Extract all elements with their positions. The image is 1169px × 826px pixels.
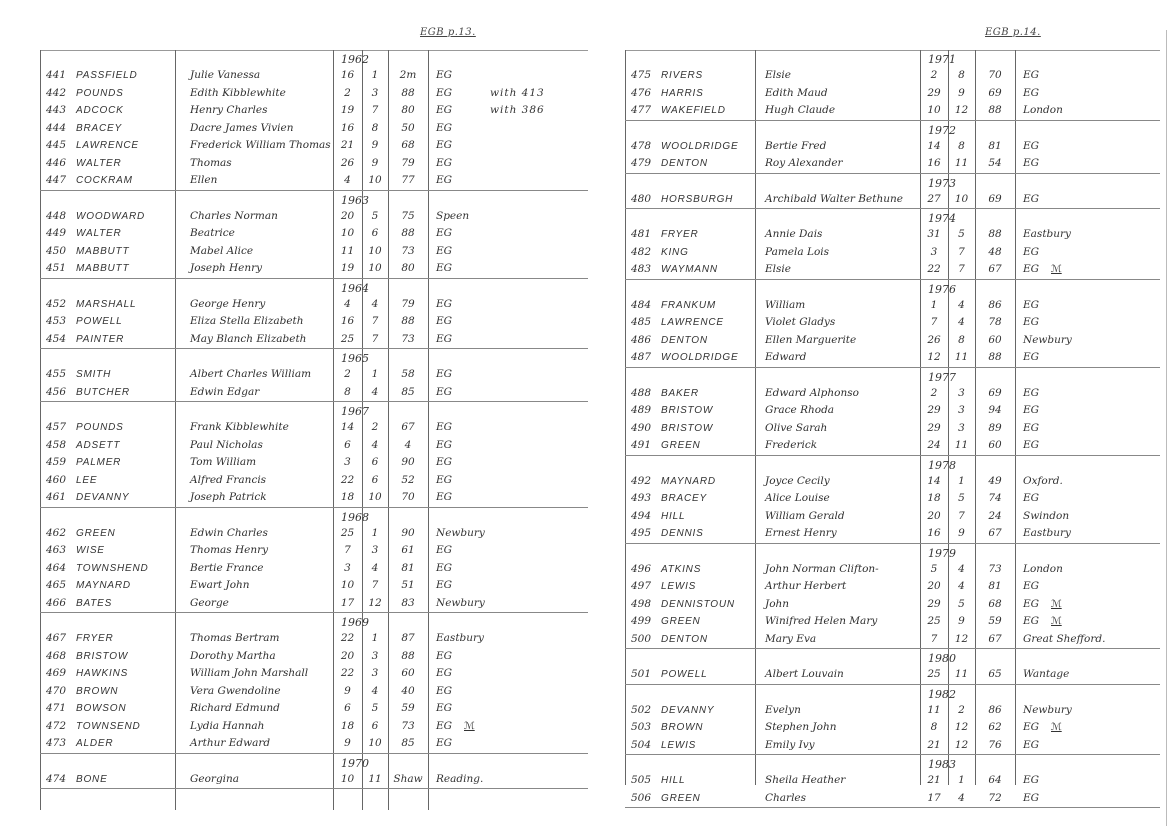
table-row: 451MABBUTTJoseph Henry191080EG <box>40 260 588 278</box>
age-cell: 59 <box>388 700 428 718</box>
year-group: 1973480HORSBURGHArchibald Walter Bethune… <box>625 174 1160 210</box>
entry-number: 496 <box>631 561 651 579</box>
surname-cell: POWELL <box>661 666 707 684</box>
surname-cell: PASSFIELD <box>76 67 137 85</box>
given-names-cell: Albert Charles William <box>190 366 311 384</box>
entry-number: 471 <box>46 700 66 718</box>
table-row: 475RIVERSElsie2870EG <box>625 67 1160 85</box>
table-row: 488BAKEREdward Alphonso2369EG <box>625 385 1160 403</box>
given-names-cell: Pamela Lois <box>765 244 829 262</box>
surname-cell: DENTON <box>661 631 708 649</box>
abode-cell: EG <box>436 419 452 437</box>
abode-cell: EG <box>436 718 452 736</box>
surname-cell: ALDER <box>76 735 113 753</box>
age-cell: 76 <box>975 737 1015 755</box>
burial-day-cell: 21 <box>920 772 948 790</box>
remark-cell: with 413 <box>490 85 545 103</box>
table-row: 442POUNDSEdith Kibblewhite2388EGwith 413 <box>40 85 588 103</box>
age-cell: 58 <box>388 366 428 384</box>
year-group: 1962441PASSFIELDJulie Vanessa1612mEG442P… <box>40 50 588 191</box>
burial-month-cell: 11 <box>948 437 975 455</box>
surname-cell: BATES <box>76 595 112 613</box>
given-names-cell: Annie Dais <box>765 226 822 244</box>
entry-number: 485 <box>631 314 651 332</box>
abode-cell: EG <box>436 260 452 278</box>
burial-month-cell: 5 <box>362 208 388 226</box>
burial-month-cell: 8 <box>948 67 975 85</box>
burial-day-cell: 7 <box>333 542 362 560</box>
age-cell: 87 <box>388 630 428 648</box>
burial-month-cell: 5 <box>362 700 388 718</box>
table-row: 455SMITHAlbert Charles William2158EG <box>40 366 588 384</box>
entry-number: 484 <box>631 297 651 315</box>
table-row: 496ATKINSJohn Norman Clifton-5473London <box>625 561 1160 579</box>
entry-number: 460 <box>46 472 66 490</box>
age-cell: 2m <box>388 67 428 85</box>
table-row: 505HILLSheila Heather21164EG <box>625 772 1160 790</box>
given-names-cell: Elsie <box>765 67 791 85</box>
surname-cell: KING <box>661 244 689 262</box>
surname-cell: POWELL <box>76 313 122 331</box>
given-names-cell: Bertie Fred <box>765 138 826 156</box>
year-heading: 1983 <box>625 755 1160 772</box>
entry-number: 448 <box>46 208 66 226</box>
burial-month-cell: 11 <box>362 771 388 789</box>
table-row: 490BRISTOWOlive Sarah29389EG <box>625 420 1160 438</box>
entry-number: 455 <box>46 366 66 384</box>
abode-cell: EG <box>436 67 452 85</box>
table-row: 478WOOLDRIDGEBertie Fred14881EG <box>625 138 1160 156</box>
age-cell: 81 <box>975 138 1015 156</box>
given-names-cell: George Henry <box>190 296 265 314</box>
burial-day-cell: 10 <box>920 102 948 120</box>
age-cell: 60 <box>975 332 1015 350</box>
abode-cell: EG <box>436 85 452 103</box>
burial-month-cell: 7 <box>362 577 388 595</box>
burial-month-cell: 1 <box>362 67 388 85</box>
burial-month-cell: 9 <box>948 85 975 103</box>
entry-number: 469 <box>46 665 66 683</box>
table-row: 465MAYNARDEwart John10751EG <box>40 577 588 595</box>
burial-day-cell: 9 <box>333 735 362 753</box>
burial-month-cell: 9 <box>948 525 975 543</box>
entry-number: 505 <box>631 772 651 790</box>
given-names-cell: John <box>765 596 789 614</box>
burial-day-cell: 7 <box>920 631 948 649</box>
burial-day-cell: 22 <box>920 261 948 279</box>
year-group: 1963448WOODWARDCharles Norman20575Speen4… <box>40 191 588 279</box>
burial-month-cell: 12 <box>948 102 975 120</box>
burial-month-cell: 6 <box>362 225 388 243</box>
year-group: 1965455SMITHAlbert Charles William2158EG… <box>40 349 588 402</box>
burial-month-cell: 3 <box>948 402 975 420</box>
burial-month-cell: 7 <box>362 102 388 120</box>
burial-month-cell: 4 <box>948 561 975 579</box>
table-row: 486DENTONEllen Marguerite26860Newbury <box>625 332 1160 350</box>
surname-cell: BONE <box>76 771 108 789</box>
burial-month-cell: 1 <box>948 772 975 790</box>
year-heading: 1974 <box>625 209 1160 226</box>
table-row: 471BOWSONRichard Edmund6559EG <box>40 700 588 718</box>
entry-number: 480 <box>631 191 651 209</box>
abode-cell: London <box>1023 102 1063 120</box>
initials-mark-icon: ℳ <box>1051 261 1062 279</box>
burial-month-cell: 4 <box>362 437 388 455</box>
table-row: 485LAWRENCEViolet Gladys7478EG <box>625 314 1160 332</box>
year-group: 1967457POUNDSFrank Kibblewhite14267EG458… <box>40 402 588 508</box>
entry-number: 477 <box>631 102 651 120</box>
given-names-cell: May Blanch Elizabeth <box>190 331 306 349</box>
register-rows: 1962441PASSFIELDJulie Vanessa1612mEG442P… <box>40 50 588 789</box>
table-row: 477WAKEFIELDHugh Claude101288London <box>625 102 1160 120</box>
burial-month-cell: 1 <box>362 630 388 648</box>
given-names-cell: Joseph Patrick <box>190 489 267 507</box>
table-row: 487WOOLDRIDGEEdward121188EG <box>625 349 1160 367</box>
surname-cell: GREEN <box>76 525 116 543</box>
given-names-cell: Edith Kibblewhite <box>190 85 286 103</box>
surname-cell: MABBUTT <box>76 243 129 261</box>
table-row: 453POWELLEliza Stella Elizabeth16788EG <box>40 313 588 331</box>
burial-day-cell: 10 <box>333 771 362 789</box>
given-names-cell: Dorothy Martha <box>190 648 276 666</box>
surname-cell: LEWIS <box>661 578 696 596</box>
burial-day-cell: 27 <box>920 191 948 209</box>
surname-cell: MAYNARD <box>661 473 716 491</box>
age-cell: 59 <box>975 613 1015 631</box>
year-group: 1980501POWELLAlbert Louvain251165Wantage <box>625 649 1160 685</box>
surname-cell: GREEN <box>661 613 701 631</box>
initials-mark-icon: ℳ <box>1051 613 1062 631</box>
table-row: 495DENNISErnest Henry16967Eastbury <box>625 525 1160 543</box>
surname-cell: TOWNSEND <box>76 718 141 736</box>
entry-number: 444 <box>46 120 66 138</box>
table-row: 446WALTERThomas26979EG <box>40 155 588 173</box>
abode-cell: EG <box>436 560 452 578</box>
table-row: 473ALDERArthur Edward91085EG <box>40 735 588 753</box>
burial-day-cell: 1 <box>920 297 948 315</box>
table-row: 467FRYERThomas Bertram22187Eastbury <box>40 630 588 648</box>
burial-month-cell: 9 <box>362 155 388 173</box>
abode-cell: EG <box>436 665 452 683</box>
entry-number: 447 <box>46 172 66 190</box>
entry-number: 483 <box>631 261 651 279</box>
year-heading: 1982 <box>625 685 1160 702</box>
burial-day-cell: 17 <box>333 595 362 613</box>
remark-cell: with 386 <box>490 102 545 120</box>
burial-month-cell: 2 <box>948 702 975 720</box>
burial-day-cell: 10 <box>333 225 362 243</box>
entry-number: 452 <box>46 296 66 314</box>
table-row: 468BRISTOWDorothy Martha20388EG <box>40 648 588 666</box>
burial-month-cell: 11 <box>948 349 975 367</box>
given-names-cell: Thomas <box>190 155 232 173</box>
abode-cell: Newbury <box>436 525 485 543</box>
table-row: 504LEWISEmily Ivy211276EG <box>625 737 1160 755</box>
initials-mark-icon: ℳ <box>1051 719 1062 737</box>
age-cell: 90 <box>388 525 428 543</box>
abode-cell: EG <box>436 155 452 173</box>
given-names-cell: Henry Charles <box>190 102 267 120</box>
table-row: 497LEWISArthur Herbert20481EG <box>625 578 1160 596</box>
table-row: 461DEVANNYJoseph Patrick181070EG <box>40 489 588 507</box>
burial-day-cell: 4 <box>333 172 362 190</box>
table-row: 503BROWNStephen John81262EGℳ <box>625 719 1160 737</box>
table-row: 452MARSHALLGeorge Henry4479EG <box>40 296 588 314</box>
surname-cell: BROWN <box>661 719 703 737</box>
surname-cell: SMITH <box>76 366 111 384</box>
age-cell: 69 <box>975 385 1015 403</box>
table-row: 498DENNISTOUNJohn29568EGℳ <box>625 596 1160 614</box>
year-group: 1982502DEVANNYEvelyn11286Newbury503BROWN… <box>625 685 1160 756</box>
given-names-cell: Arthur Herbert <box>765 578 846 596</box>
surname-cell: BRISTOW <box>76 648 128 666</box>
age-cell: 24 <box>975 508 1015 526</box>
entry-number: 489 <box>631 402 651 420</box>
surname-cell: BRACEY <box>76 120 122 138</box>
table-row: 444BRACEYDacre James Vivien16850EG <box>40 120 588 138</box>
entry-number: 453 <box>46 313 66 331</box>
entry-number: 495 <box>631 525 651 543</box>
entry-number: 482 <box>631 244 651 262</box>
burial-month-cell: 1 <box>948 473 975 491</box>
burial-month-cell: 5 <box>948 596 975 614</box>
burial-month-cell: 10 <box>362 260 388 278</box>
age-cell: 73 <box>388 243 428 261</box>
burial-month-cell: 7 <box>948 261 975 279</box>
age-cell: 88 <box>975 226 1015 244</box>
abode-cell: Eastbury <box>1023 525 1071 543</box>
burial-day-cell: 14 <box>920 473 948 491</box>
burial-day-cell: 20 <box>333 208 362 226</box>
given-names-cell: Georgina <box>190 771 239 789</box>
table-row: 454PAINTERMay Blanch Elizabeth25773EG <box>40 331 588 349</box>
given-names-cell: Bertie France <box>190 560 264 578</box>
burial-day-cell: 26 <box>333 155 362 173</box>
burial-day-cell: 2 <box>333 85 362 103</box>
year-heading: 1976 <box>625 280 1160 297</box>
age-cell: 79 <box>388 155 428 173</box>
abode-cell: EG <box>436 454 452 472</box>
burial-day-cell: 2 <box>920 385 948 403</box>
burial-month-cell: 7 <box>948 244 975 262</box>
table-row: 448WOODWARDCharles Norman20575Speen <box>40 208 588 226</box>
burial-day-cell: 20 <box>333 648 362 666</box>
abode-cell: EG <box>436 120 452 138</box>
surname-cell: MABBUTT <box>76 260 129 278</box>
age-cell: 69 <box>975 191 1015 209</box>
given-names-cell: Charles <box>765 790 806 808</box>
year-group: 1972478WOOLDRIDGEBertie Fred14881EG479DE… <box>625 121 1160 174</box>
table-row: 501POWELLAlbert Louvain251165Wantage <box>625 666 1160 684</box>
age-cell: 88 <box>388 648 428 666</box>
burial-month-cell: 6 <box>362 454 388 472</box>
given-names-cell: Thomas Bertram <box>190 630 279 648</box>
given-names-cell: Dacre James Vivien <box>190 120 294 138</box>
register-page-right: EGB p.14. 1971475RIVERSElsie2870EG476HAR… <box>595 0 1169 826</box>
page-reference: EGB p.13. <box>420 27 476 38</box>
burial-day-cell: 11 <box>920 702 948 720</box>
burial-month-cell: 8 <box>362 120 388 138</box>
year-group: 1971475RIVERSElsie2870EG476HARRISEdith M… <box>625 50 1160 121</box>
burial-day-cell: 29 <box>920 420 948 438</box>
given-names-cell: Julie Vanessa <box>190 67 260 85</box>
burial-day-cell: 10 <box>333 577 362 595</box>
table-row: 459PALMERTom William3690EG <box>40 454 588 472</box>
age-cell: 60 <box>975 437 1015 455</box>
burial-day-cell: 14 <box>920 138 948 156</box>
given-names-cell: Tom William <box>190 454 256 472</box>
burial-month-cell: 2 <box>362 419 388 437</box>
age-cell: 62 <box>975 719 1015 737</box>
abode-cell: EG <box>1023 138 1039 156</box>
surname-cell: LAWRENCE <box>661 314 724 332</box>
burial-day-cell: 8 <box>333 384 362 402</box>
abode-cell: EG <box>1023 790 1039 808</box>
burial-register-table: 1962441PASSFIELDJulie Vanessa1612mEG442P… <box>40 50 588 810</box>
abode-cell: Great Shefford. <box>1023 631 1105 649</box>
age-cell: 49 <box>975 473 1015 491</box>
entry-number: 464 <box>46 560 66 578</box>
age-cell: 70 <box>975 67 1015 85</box>
burial-month-cell: 10 <box>362 735 388 753</box>
burial-month-cell: 10 <box>362 172 388 190</box>
burial-day-cell: 2 <box>333 366 362 384</box>
burial-day-cell: 6 <box>333 700 362 718</box>
surname-cell: FRYER <box>661 226 699 244</box>
table-row: 458ADSETTPaul Nicholas644EG <box>40 437 588 455</box>
burial-day-cell: 29 <box>920 402 948 420</box>
year-heading: 1967 <box>40 402 588 419</box>
table-row: 464TOWNSHENDBertie France3481EG <box>40 560 588 578</box>
surname-cell: POUNDS <box>76 419 124 437</box>
burial-day-cell: 19 <box>333 260 362 278</box>
burial-month-cell: 5 <box>948 226 975 244</box>
burial-month-cell: 4 <box>362 560 388 578</box>
surname-cell: WOOLDRIDGE <box>661 138 738 156</box>
burial-month-cell: 10 <box>362 489 388 507</box>
entry-number: 497 <box>631 578 651 596</box>
age-cell: 73 <box>388 331 428 349</box>
given-names-cell: Roy Alexander <box>765 155 843 173</box>
age-cell: 86 <box>975 702 1015 720</box>
year-heading: 1965 <box>40 349 588 366</box>
age-cell: 67 <box>975 261 1015 279</box>
initials-mark-icon: ℳ <box>464 718 475 736</box>
entry-number: 463 <box>46 542 66 560</box>
abode-cell: EG <box>1023 67 1039 85</box>
entry-number: 492 <box>631 473 651 491</box>
abode-cell: Reading. <box>436 771 483 789</box>
surname-cell: LEE <box>76 472 97 490</box>
surname-cell: BROWN <box>76 683 118 701</box>
entry-number: 465 <box>46 577 66 595</box>
surname-cell: DENTON <box>661 332 708 350</box>
age-cell: 85 <box>388 735 428 753</box>
surname-cell: DEVANNY <box>661 702 714 720</box>
burial-month-cell: 12 <box>362 595 388 613</box>
age-cell: 74 <box>975 490 1015 508</box>
given-names-cell: John Norman Clifton- <box>765 561 879 579</box>
burial-register-table: 1971475RIVERSElsie2870EG476HARRISEdith M… <box>625 50 1160 785</box>
abode-cell: EG <box>1023 385 1039 403</box>
year-heading: 1978 <box>625 456 1160 473</box>
year-heading: 1969 <box>40 613 588 630</box>
given-names-cell: Alice Louise <box>765 490 830 508</box>
age-cell: 60 <box>388 665 428 683</box>
entry-number: 461 <box>46 489 66 507</box>
entry-number: 458 <box>46 437 66 455</box>
entry-number: 446 <box>46 155 66 173</box>
burial-day-cell: 7 <box>920 314 948 332</box>
burial-month-cell: 7 <box>948 508 975 526</box>
burial-month-cell: 4 <box>948 297 975 315</box>
abode-cell: EG <box>1023 772 1039 790</box>
given-names-cell: Edward Alphonso <box>765 385 859 403</box>
table-row: 479DENTONRoy Alexander161154EG <box>625 155 1160 173</box>
burial-day-cell: 29 <box>920 596 948 614</box>
table-row: 491GREENFrederick241160EG <box>625 437 1160 455</box>
abode-cell: EG <box>436 137 452 155</box>
surname-cell: WAYMANN <box>661 261 718 279</box>
abode-cell: EG <box>436 296 452 314</box>
abode-cell: EG <box>436 472 452 490</box>
entry-number: 490 <box>631 420 651 438</box>
burial-day-cell: 25 <box>920 666 948 684</box>
age-cell: Shaw <box>388 771 428 789</box>
abode-cell: EG <box>1023 244 1039 262</box>
entry-number: 473 <box>46 735 66 753</box>
entry-number: 478 <box>631 138 651 156</box>
burial-day-cell: 25 <box>920 613 948 631</box>
entry-number: 441 <box>46 67 66 85</box>
burial-month-cell: 3 <box>948 420 975 438</box>
age-cell: 72 <box>975 790 1015 808</box>
table-row: 470BROWNVera Gwendoline9440EG <box>40 683 588 701</box>
table-row: 447COCKRAMEllen41077EG <box>40 172 588 190</box>
surname-cell: DENTON <box>661 155 708 173</box>
surname-cell: POUNDS <box>76 85 124 103</box>
surname-cell: LAWRENCE <box>76 137 139 155</box>
table-row: 450MABBUTTMabel Alice111073EG <box>40 243 588 261</box>
age-cell: 86 <box>975 297 1015 315</box>
age-cell: 64 <box>975 772 1015 790</box>
age-cell: 67 <box>975 631 1015 649</box>
year-heading: 1979 <box>625 544 1160 561</box>
given-names-cell: Hugh Claude <box>765 102 835 120</box>
surname-cell: PALMER <box>76 454 121 472</box>
abode-cell: EG <box>1023 737 1039 755</box>
surname-cell: GREEN <box>661 437 701 455</box>
age-cell: 88 <box>388 85 428 103</box>
burial-month-cell: 3 <box>362 85 388 103</box>
given-names-cell: Beatrice <box>190 225 235 243</box>
abode-cell: EG <box>1023 314 1039 332</box>
entry-number: 499 <box>631 613 651 631</box>
surname-cell: ATKINS <box>661 561 701 579</box>
table-row: 449WALTERBeatrice10688EG <box>40 225 588 243</box>
age-cell: 4 <box>388 437 428 455</box>
given-names-cell: Alfred Francis <box>190 472 266 490</box>
burial-day-cell: 4 <box>333 296 362 314</box>
table-row: 469HAWKINSWilliam John Marshall22360EG <box>40 665 588 683</box>
entry-number: 500 <box>631 631 651 649</box>
burial-day-cell: 12 <box>920 349 948 367</box>
burial-day-cell: 18 <box>333 489 362 507</box>
burial-month-cell: 10 <box>362 243 388 261</box>
abode-cell: Newbury <box>1023 702 1072 720</box>
abode-cell: EG <box>1023 420 1039 438</box>
entry-number: 491 <box>631 437 651 455</box>
